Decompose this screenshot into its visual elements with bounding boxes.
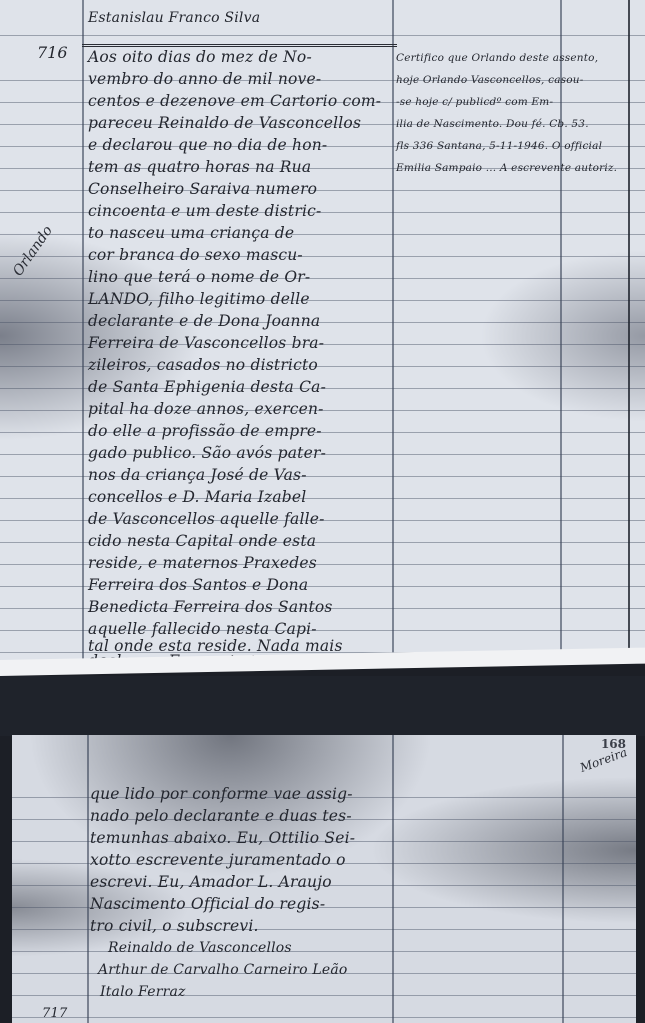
column-divider-main: [392, 0, 394, 672]
main-text-line: declarante e de Dona Joanna: [88, 312, 320, 330]
side-annotation-line: Emilia Sampaio ... A escrevente autoriz.: [396, 162, 617, 174]
main-text-line: de Vasconcellos aquelle falle-: [88, 510, 325, 528]
main-text-line: reside, e maternos Praxedes: [88, 554, 317, 572]
main-text-line: gado publico. São avós pater-: [88, 444, 326, 462]
main-text-line: Conselheiro Saraiva numero: [88, 180, 317, 198]
separator-double-rule: [82, 44, 397, 47]
main-text-line: cido nesta Capital onde esta: [88, 532, 316, 550]
main-text-line: do elle a profissão de empre-: [88, 422, 322, 440]
ruling-line: [0, 35, 645, 36]
page-edge: [628, 0, 630, 672]
main-text-line: Aos oito dias do mez de No-: [88, 48, 312, 66]
main-text-line: concellos e D. Maria Izabel: [88, 488, 306, 506]
entry-number: 716: [37, 43, 68, 62]
ledger-page-bottom: 168 Moreira que lido por conforme vae as…: [12, 735, 636, 1023]
main-text-line: nos da criança José de Vas-: [88, 466, 307, 484]
next-entry-number: 717: [42, 1006, 67, 1021]
ruling-line: [12, 1017, 636, 1018]
continuation-text-line: tro civil, o subscrevi.: [90, 917, 259, 935]
side-annotation-line: hoje Orlando Vasconcellos, casou-: [396, 74, 583, 86]
main-text-line: pital ha doze annos, exercen-: [88, 400, 324, 418]
continuation-text-line: nado pelo declarante e duas tes-: [90, 807, 352, 825]
main-text-line: vembro do anno de mil nove-: [88, 70, 321, 88]
continuation-text-line: escrevi. Eu, Amador L. Araujo: [90, 873, 332, 891]
column-divider-margin: [82, 0, 84, 672]
ruling-line: [12, 951, 636, 952]
signature-witness-1: Arthur de Carvalho Carneiro Leão: [98, 962, 348, 978]
signature-witness-2: Italo Ferraz: [100, 984, 186, 1000]
side-annotation-line: fls 336 Santana, 5-11-1946. O official: [396, 140, 602, 152]
column-divider-annotation: [560, 0, 562, 672]
continuation-text-line: que lido por conforme vae assig-: [90, 785, 353, 803]
main-text-line: Ferreira de Vasconcellos bra-: [88, 334, 324, 352]
ledger-page-top: Estanislau Franco Silva 716 Orlando Aos …: [0, 0, 645, 672]
main-text-line: pareceu Reinaldo de Vasconcellos: [88, 114, 361, 132]
main-text-line: e declarou que no dia de hon-: [88, 136, 327, 154]
main-text-line: centos e dezenove em Cartorio com-: [88, 92, 381, 110]
signature-declarant: Reinaldo de Vasconcellos: [108, 940, 292, 956]
continuation-text-line: Nascimento Official do regis-: [90, 895, 325, 913]
main-text-line: lino que terá o nome de Or-: [88, 268, 310, 286]
side-annotation-line: ilia de Nascimento. Dou fé. Cb. 53.: [396, 118, 589, 130]
main-text-line: de Santa Ephigenia desta Ca-: [88, 378, 326, 396]
column-divider-annotation: [562, 735, 564, 1023]
main-text-line: to nasceu uma criança de: [88, 224, 294, 242]
column-divider-main: [392, 735, 394, 1023]
main-text-line: cincoenta e um deste distric-: [88, 202, 321, 220]
continuation-text-line: xotto escrevente juramentado o: [90, 851, 346, 869]
main-text-line: aquelle fallecido nesta Capi-: [88, 620, 317, 638]
main-text-line: tem as quatro horas na Rua: [88, 158, 311, 176]
main-text-line: Ferreira dos Santos e Dona: [88, 576, 308, 594]
photo-gap-band: [0, 676, 645, 736]
column-divider-margin: [87, 735, 89, 1023]
continuation-text-line: temunhas abaixo. Eu, Ottilio Sei-: [90, 829, 355, 847]
main-text-line: LANDO, filho legitimo delle: [88, 290, 310, 308]
header-name: Estanislau Franco Silva: [88, 10, 260, 26]
main-text-line: Benedicta Ferreira dos Santos: [88, 598, 333, 616]
side-annotation-line: Certifico que Orlando deste assento,: [396, 52, 598, 64]
side-annotation-line: -se hoje c/ publicdº com Em-: [396, 96, 553, 108]
main-text-line: zileiros, casados no districto: [88, 356, 318, 374]
main-text-line: cor branca do sexo mascu-: [88, 246, 303, 264]
margin-child-name: Orlando: [10, 223, 56, 279]
